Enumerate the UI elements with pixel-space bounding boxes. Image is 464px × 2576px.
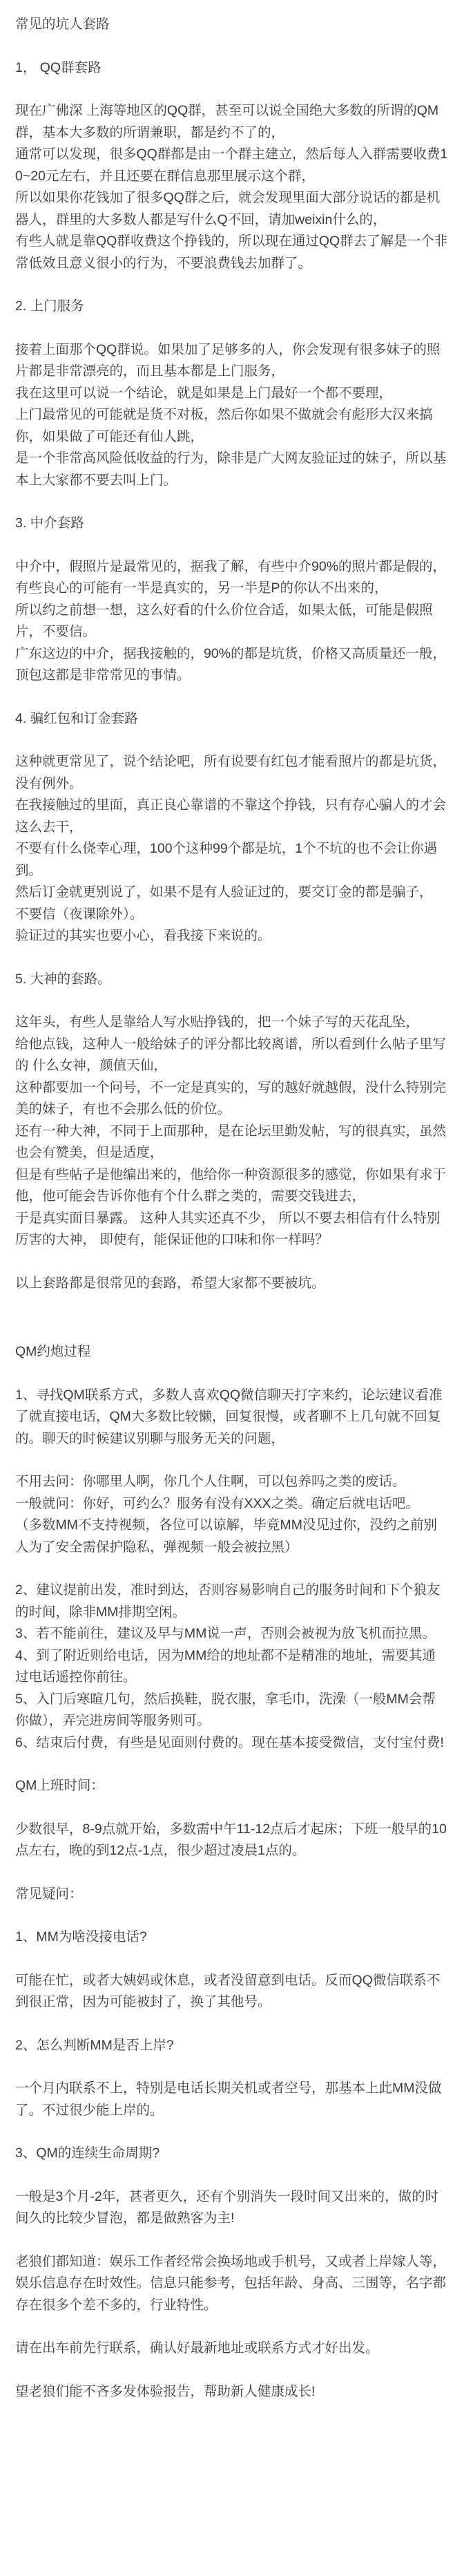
section-heading: 2. 上门服务 xyxy=(15,296,449,318)
article: 常见的坑人套路1， QQ群套路现在广佛深 上海等地区的QQ群，甚至可以说全国绝大… xyxy=(0,0,464,2421)
paragraph: 2、怎么判断MM是否上岸? xyxy=(15,2035,449,2057)
section-heading: 4. 骗红包和订金套路 xyxy=(15,708,449,730)
paragraph: 请在出车前先行联系，确认好最新地址或联系方式才好出发。 xyxy=(15,2338,449,2360)
section-heading: QM上班时间： xyxy=(15,1775,449,1797)
paragraph: 1、MM为啥没接电话? xyxy=(15,1926,449,1949)
paragraph: 以上套路都是很常见的套路，希望大家都不要被坑。 xyxy=(15,1273,449,1295)
paragraph: 接着上面那个QQ群说。如果加了足够多的人，你会发现有很多妹子的照片都是非常漂亮的… xyxy=(15,339,449,492)
section-heading: 常见疑问： xyxy=(15,1884,449,1906)
paragraph: 望老狼们能不吝多发体验报告，帮助新人健康成长! xyxy=(15,2381,449,2403)
paragraph: 一个月内联系不上，特别是电话长期关机或者空号，那基本上此MM没做了。不过很少能上… xyxy=(15,2078,449,2121)
section-heading: 5. 大神的套路。 xyxy=(15,969,449,991)
paragraph: 一般是3个月-2年，甚者更久，还有个别消失一段时间又出来的，做的时间久的比较少冒… xyxy=(15,2186,449,2230)
paragraph: 这年头，有些人是靠给人写水贴挣钱的，把一个妹子写的天花乱坠， 给他点钱，这种人一… xyxy=(15,1012,449,1251)
paragraph: 这种就更常见了，说个结论吧，所有说要有红包才能看照片的都是坑货，没有例外。 在我… xyxy=(15,751,449,947)
paragraph: 中介中，假照片是最常见的，据我了解，有些中介90%的照片都是假的，有些良心的可能… xyxy=(15,556,449,687)
section-heading: 3. 中介套路 xyxy=(15,513,449,535)
page-title: 常见的坑人套路 xyxy=(15,14,449,36)
paragraph: 少数很早，8-9点就开始，多数需中午11-12点后才起床；下班一般早的10点左右… xyxy=(15,1819,449,1862)
paragraph: 可能在忙，或者大姨妈或休息，或者没留意到电话。反而QQ微信联系不到很正常，因为可… xyxy=(15,1970,449,2014)
section-heading: 1， QQ群套路 xyxy=(15,57,449,79)
section-heading: QM约炮过程 xyxy=(15,1341,449,1363)
paragraph: 老狼们都知道：娱乐工作者经常会换场地或手机号，又或者上岸嫁人等，娱乐信息存在时效… xyxy=(15,2251,449,2317)
paragraph: 1、寻找QM联系方式，多数人喜欢QQ微信聊天打字来约，论坛建议看准了就直接电话，… xyxy=(15,1385,449,1450)
paragraph: 2、建议提前出发，准时到达，否则容易影响自己的服务时间和下个狼友的时间，除非MM… xyxy=(15,1580,449,1754)
paragraph: 3、QM的连续生命周期? xyxy=(15,2143,449,2165)
paragraph: 现在广佛深 上海等地区的QQ群，甚至可以说全国绝大多数的所谓的QM群，基本大多数… xyxy=(15,100,449,274)
paragraph: 不用去问：你哪里人啊，你几个人住啊，可以包养吗之类的废话。 一般就问：你好，可约… xyxy=(15,1471,449,1558)
